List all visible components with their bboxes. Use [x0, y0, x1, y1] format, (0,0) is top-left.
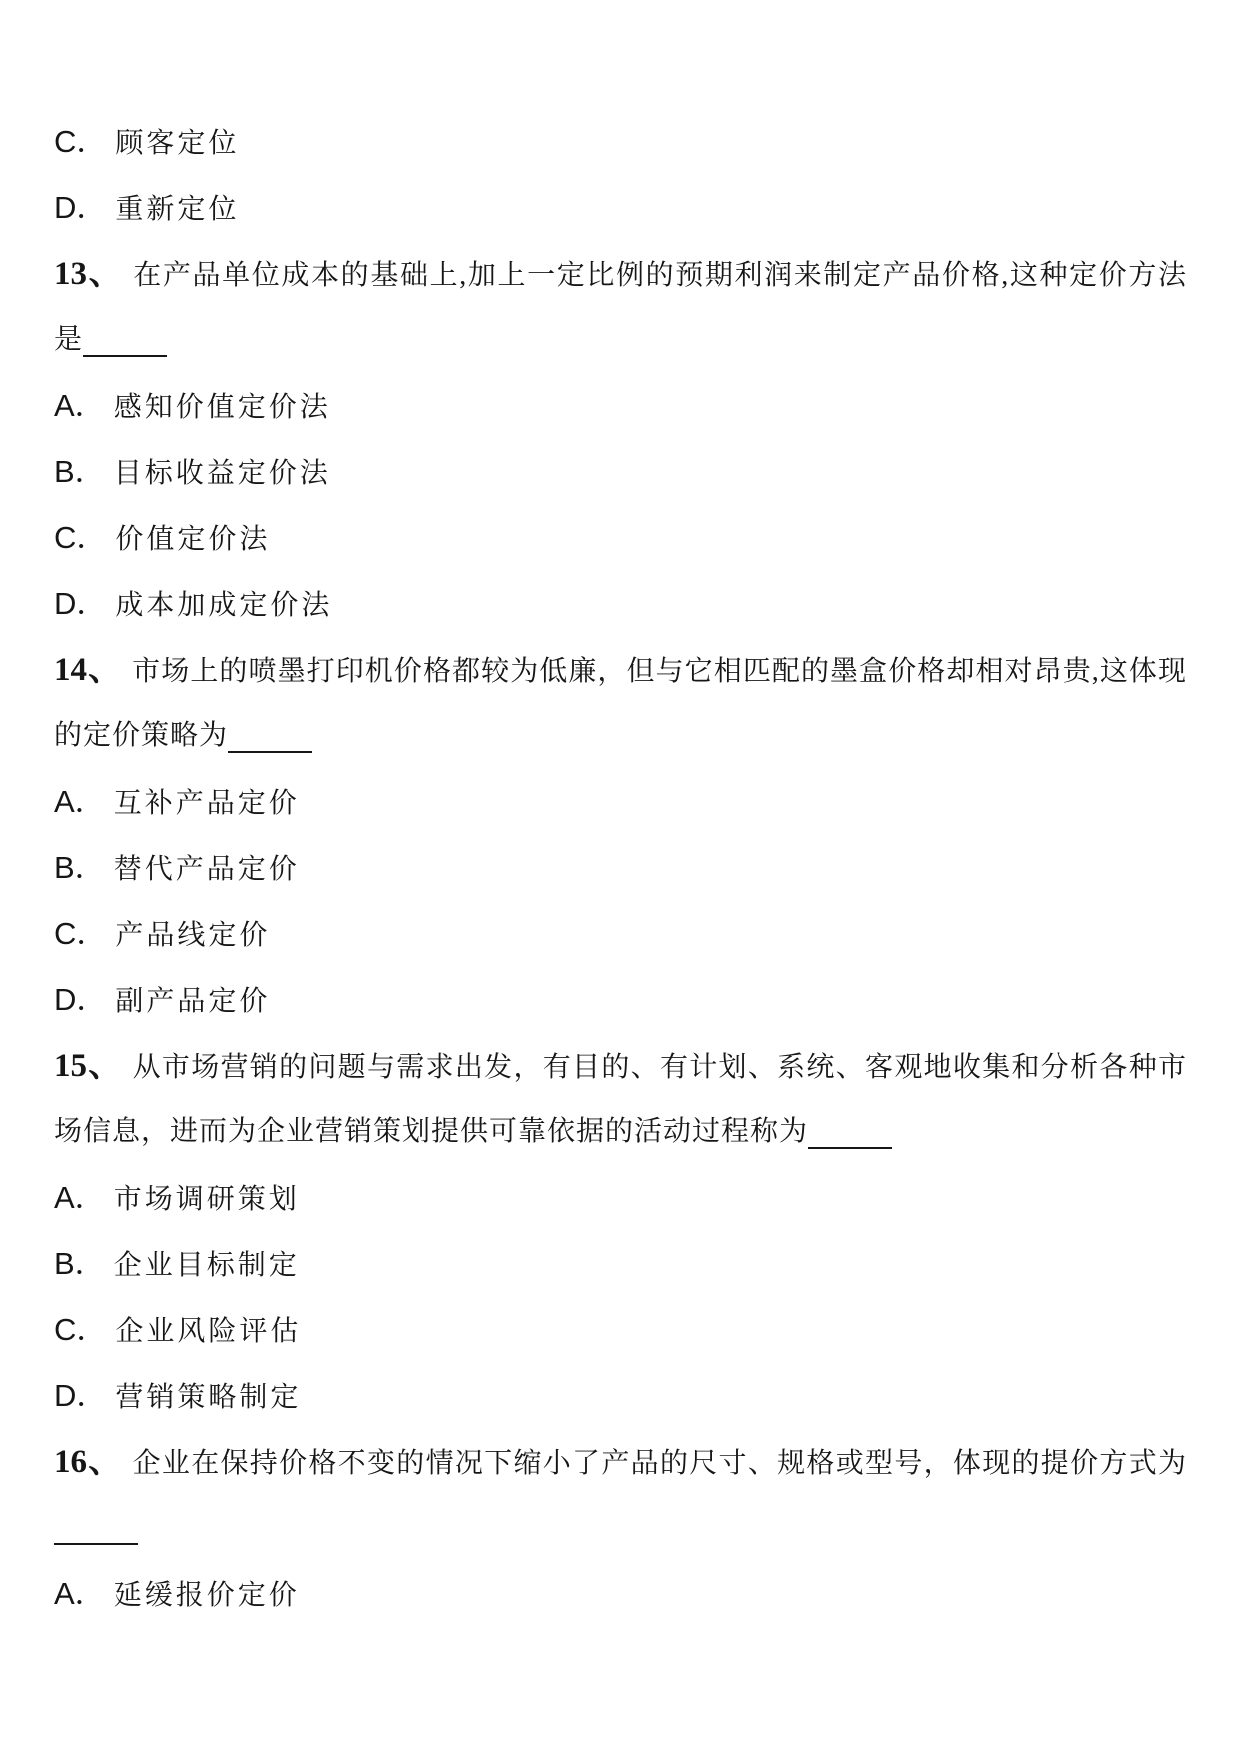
- option-letter: C．: [54, 1312, 107, 1347]
- option-letter: A．: [54, 1180, 106, 1215]
- option-letter: D．: [54, 190, 107, 225]
- option-text: 副产品定价: [115, 986, 270, 1017]
- question-15-answer-blank: ______: [808, 1116, 892, 1149]
- question-15-option-d: D．营销策略制定: [54, 1363, 1186, 1429]
- option-letter: C．: [54, 124, 107, 159]
- question-15-stem-text: 从市场营销的问题与需求出发，有目的、有计划、系统、客观地收集和分析各种市: [133, 1052, 1186, 1083]
- question-14-option-d: D．副产品定价: [54, 967, 1186, 1033]
- question-15-stem-continuation: 场信息，进而为企业营销策划提供可靠依据的活动过程称为: [54, 1116, 808, 1147]
- question-15-stem-line-2: 场信息，进而为企业营销策划提供可靠依据的活动过程称为______: [54, 1099, 1186, 1165]
- question-14-option-b: B．替代产品定价: [54, 835, 1186, 901]
- question-13-stem-line-2: 是______: [54, 307, 1186, 373]
- option-letter: A．: [54, 1576, 106, 1611]
- option-text: 成本加成定价法: [115, 590, 332, 621]
- question-14-option-a: A．互补产品定价: [54, 769, 1186, 835]
- option-text: 替代产品定价: [114, 854, 300, 885]
- question-14-option-c: C．产品线定价: [54, 901, 1186, 967]
- question-13-stem-line-1: 13、在产品单位成本的基础上,加上一定比例的预期利润来制定产品价格,这种定价方法: [54, 241, 1186, 307]
- exam-document-page: C．顾客定位 D．重新定位 13、在产品单位成本的基础上,加上一定比例的预期利润…: [0, 0, 1240, 1754]
- leading-option-d: D．重新定位: [54, 175, 1186, 241]
- option-letter: B．: [54, 850, 106, 885]
- option-letter: D．: [54, 586, 107, 621]
- question-14-stem-text: 市场上的喷墨打印机价格都较为低廉，但与它相匹配的墨盒价格却相对昂贵,这体现: [132, 656, 1186, 687]
- question-14-stem-line-1: 14、市场上的喷墨打印机价格都较为低廉，但与它相匹配的墨盒价格却相对昂贵,这体现: [54, 637, 1186, 703]
- option-letter: B．: [54, 1246, 106, 1281]
- question-16-stem-line-2: ______: [54, 1495, 1186, 1561]
- question-15-option-b: B．企业目标制定: [54, 1231, 1186, 1297]
- question-15-option-c: C．企业风险评估: [54, 1297, 1186, 1363]
- question-13-option-c: C．价值定价法: [54, 505, 1186, 571]
- question-13-option-d: D．成本加成定价法: [54, 571, 1186, 637]
- question-13-stem-continuation: 是: [54, 324, 83, 355]
- question-14-stem-line-2: 的定价策略为______: [54, 703, 1186, 769]
- option-letter: C．: [54, 520, 107, 555]
- question-16-number: 16、: [54, 1444, 123, 1480]
- option-text: 目标收益定价法: [114, 458, 331, 489]
- question-13-answer-blank: ______: [83, 324, 167, 357]
- option-text: 感知价值定价法: [114, 392, 331, 423]
- option-text: 重新定位: [115, 194, 239, 225]
- option-text: 企业目标制定: [114, 1250, 300, 1281]
- option-letter: C．: [54, 916, 107, 951]
- option-text: 延缓报价定价: [114, 1580, 300, 1611]
- option-text: 互补产品定价: [114, 788, 300, 819]
- option-letter: A．: [54, 388, 106, 423]
- question-16-option-a: A．延缓报价定价: [54, 1561, 1186, 1627]
- option-text: 营销策略制定: [115, 1382, 301, 1413]
- question-14-stem-continuation: 的定价策略为: [54, 720, 228, 751]
- question-13-stem-text: 在产品单位成本的基础上,加上一定比例的预期利润来制定产品价格,这种定价方法: [133, 260, 1186, 291]
- option-text: 市场调研策划: [114, 1184, 300, 1215]
- option-letter: B．: [54, 454, 106, 489]
- leading-option-c: C．顾客定位: [54, 109, 1186, 175]
- option-text: 顾客定位: [115, 128, 239, 159]
- question-14-number: 14、: [54, 652, 122, 688]
- question-13-number: 13、: [54, 256, 123, 292]
- question-15-number: 15、: [54, 1048, 123, 1084]
- question-15-stem-line-1: 15、从市场营销的问题与需求出发，有目的、有计划、系统、客观地收集和分析各种市: [54, 1033, 1186, 1099]
- option-text: 价值定价法: [115, 524, 270, 555]
- option-text: 产品线定价: [115, 920, 270, 951]
- question-16-answer-blank: ______: [54, 1512, 138, 1545]
- option-letter: D．: [54, 982, 107, 1017]
- question-13-option-a: A．感知价值定价法: [54, 373, 1186, 439]
- question-16-stem-text: 企业在保持价格不变的情况下缩小了产品的尺寸、规格或型号，体现的提价方式为: [133, 1448, 1186, 1479]
- question-15-option-a: A．市场调研策划: [54, 1165, 1186, 1231]
- option-letter: A．: [54, 784, 106, 819]
- option-letter: D．: [54, 1378, 107, 1413]
- option-text: 企业风险评估: [115, 1316, 301, 1347]
- question-16-stem-line-1: 16、企业在保持价格不变的情况下缩小了产品的尺寸、规格或型号，体现的提价方式为: [54, 1429, 1186, 1495]
- question-13-option-b: B．目标收益定价法: [54, 439, 1186, 505]
- question-14-answer-blank: ______: [228, 720, 312, 753]
